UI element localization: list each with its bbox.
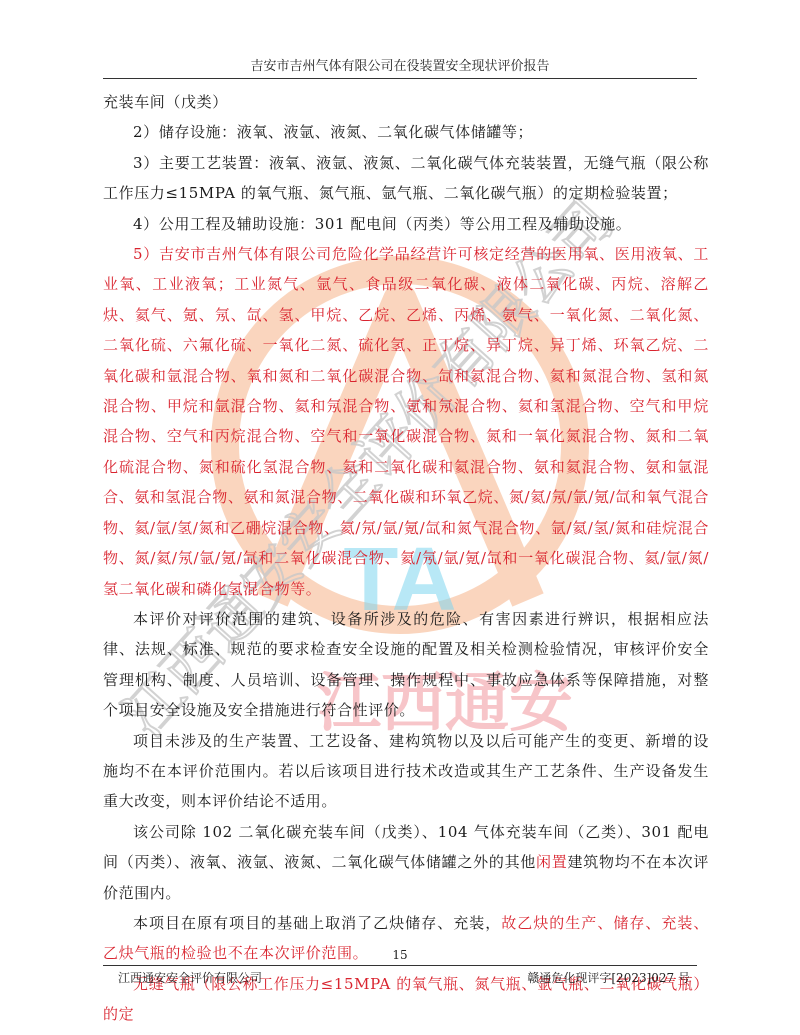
document-body: 充装车间（戊类）2）储存设施：液氧、液氩、液氮、二氧化碳气体储罐等；3）主要工艺… bbox=[103, 87, 709, 1030]
header-divider bbox=[103, 78, 697, 79]
body-text: 本项目在原有项目的基础上取消了乙炔储存、充装， bbox=[133, 914, 501, 932]
body-text: 3）主要工艺装置：液氧、液氩、液氮、二氧化碳气体充装装置，无缝气瓶（限公称工作压… bbox=[103, 154, 709, 202]
paragraph-p4: 5）吉安市吉州气体有限公司危险化学品经营许可核定经营的医用氧、医用液氧、工业氧、… bbox=[103, 239, 709, 604]
body-text: 项目未涉及的生产装置、工艺设备、建构筑物以及以后可能产生的变更、新增的设施均不在… bbox=[103, 732, 709, 811]
paragraph-p3: 4）公用工程及辅助设施：301 配电间（丙类）等公用工程及辅助设施。 bbox=[103, 209, 709, 239]
paragraph-p2: 3）主要工艺装置：液氧、液氩、液氮、二氧化碳气体充装装置，无缝气瓶（限公称工作压… bbox=[103, 148, 709, 209]
paragraph-p1: 2）储存设施：液氧、液氩、液氮、二氧化碳气体储罐等； bbox=[103, 117, 709, 147]
footer-divider bbox=[103, 965, 697, 966]
body-text: 本评价对评价范围的建筑、设备所涉及的危险、有害因素进行辨识，根据相应法律、法规、… bbox=[103, 610, 709, 719]
footer-doc-number: 赣通危化现评字[2023]027 号 bbox=[527, 969, 690, 986]
body-text: 4）公用工程及辅助设施：301 配电间（丙类）等公用工程及辅助设施。 bbox=[133, 215, 631, 233]
page-number: 15 bbox=[0, 948, 800, 962]
footer-company: 江西通安安全评价有限公司 bbox=[118, 969, 262, 986]
highlighted-text: 5）吉安市吉州气体有限公司危险化学品经营许可核定经营的医用氧、医用液氧、工业氧、… bbox=[103, 245, 709, 597]
paragraph-p6: 项目未涉及的生产装置、工艺设备、建构筑物以及以后可能产生的变更、新增的设施均不在… bbox=[103, 726, 709, 817]
body-text: 充装车间（戊类） bbox=[103, 93, 228, 111]
paragraph-p7: 该公司除 102 二氧化碳充装车间（戊类）、104 气体充装车间（乙类）、301… bbox=[103, 817, 709, 908]
body-text: 2）储存设施：液氧、液氩、液氮、二氧化碳气体储罐等； bbox=[133, 123, 533, 141]
running-header-title: 吉安市吉州气体有限公司在役装置安全现状评价报告 bbox=[0, 55, 800, 74]
paragraph-p5: 本评价对评价范围的建筑、设备所涉及的危险、有害因素进行辨识，根据相应法律、法规、… bbox=[103, 604, 709, 726]
highlighted-text: 闲置 bbox=[536, 853, 567, 871]
paragraph-p0: 充装车间（戊类） bbox=[103, 87, 709, 117]
